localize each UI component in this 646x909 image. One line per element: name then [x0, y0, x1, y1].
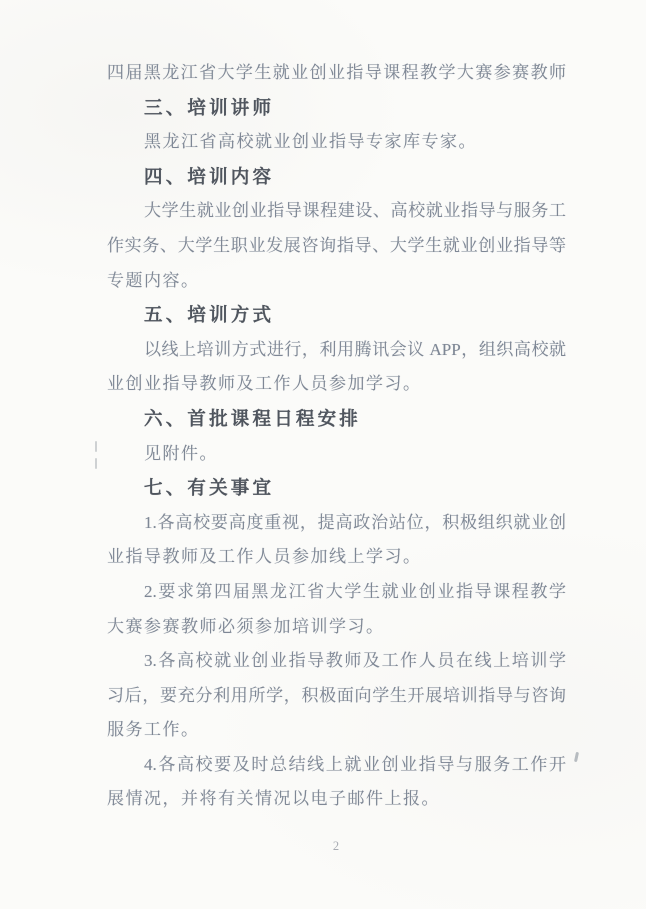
- text-line: 4.各高校要及时总结线上就业创业指导与服务工作开: [107, 748, 566, 783]
- text-line: 服务工作。: [107, 713, 566, 748]
- text-line: 黑龙江省高校就业创业指导专家库专家。: [107, 125, 566, 160]
- text-block: 四届黑龙江省大学生就业创业指导课程教学大赛参赛教师 三、培训讲师 黑龙江省高校就…: [107, 56, 566, 817]
- text-line: 大赛参赛教师必须参加培训学习。: [107, 610, 566, 645]
- text-line: 大学生就业创业指导课程建设、高校就业指导与服务工: [107, 194, 566, 229]
- text-line: 2.要求第四届黑龙江省大学生就业创业指导课程教学: [107, 575, 566, 610]
- text-line: 业创业指导教师及工作人员参加学习。: [107, 367, 566, 402]
- text-line: 习后，要充分利用所学，积极面向学生开展培训指导与咨询: [107, 679, 566, 714]
- scan-artifact-edge: [95, 458, 97, 469]
- text-line: 专题内容。: [107, 264, 566, 299]
- section-heading: 四、培训内容: [107, 160, 566, 195]
- text-line: 业指导教师及工作人员参加线上学习。: [107, 540, 566, 575]
- text-line: 四届黑龙江省大学生就业创业指导课程教学大赛参赛教师: [107, 56, 566, 91]
- section-heading: 七、有关事宜: [107, 471, 566, 506]
- page-number: 2: [107, 839, 566, 854]
- document-page: 四届黑龙江省大学生就业创业指导课程教学大赛参赛教师 三、培训讲师 黑龙江省高校就…: [0, 0, 646, 909]
- text-line: 展情况，并将有关情况以电子邮件上报。: [107, 782, 566, 817]
- text-line: 以线上培训方式进行，利用腾讯会议 APP，组织高校就: [107, 333, 566, 368]
- scan-artifact-edge: [95, 441, 97, 452]
- section-heading: 五、培训方式: [107, 298, 566, 333]
- text-line: 见附件。: [107, 437, 566, 472]
- section-heading: 三、培训讲师: [107, 91, 566, 126]
- section-heading: 六、首批课程日程安排: [107, 402, 566, 437]
- text-line: 作实务、大学生职业发展咨询指导、大学生就业创业指导等: [107, 229, 566, 264]
- text-line: 1.各高校要高度重视，提高政治站位，积极组织就业创: [107, 506, 566, 541]
- scan-artifact-mark: [574, 752, 579, 762]
- text-line: 3.各高校就业创业指导教师及工作人员在线上培训学: [107, 644, 566, 679]
